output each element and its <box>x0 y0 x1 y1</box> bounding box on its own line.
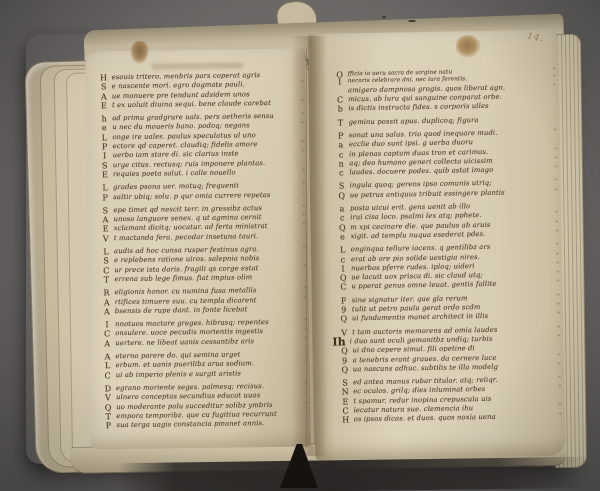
manuscript-line: Tgeminu possit apus. duplicoq; figura <box>336 115 542 128</box>
line-text: uertere. ne libeat uanis cessantibz aris <box>115 337 254 348</box>
erased-heading <box>151 62 243 69</box>
line-initial-capital: P <box>101 193 109 202</box>
margin-tick-mark: ” <box>551 82 557 92</box>
manuscript-line: Qui fundamentis manet architect in illis… <box>340 311 546 324</box>
manuscript-line: Psua terga uagis constancia pmanet annis… <box>104 419 294 431</box>
line-initial-capital: E <box>100 101 108 110</box>
line-initial-capital: V <box>104 393 112 402</box>
line-initial-capital: L <box>101 184 109 193</box>
margin-tick-mark: ” <box>555 292 561 302</box>
line-initial-capital: T <box>102 275 110 284</box>
line-text: saltir ubiq; solu. p qur omia currere re… <box>113 191 270 202</box>
line-initial-capital: S <box>102 257 110 266</box>
manuscript-line: Auertere. ne libeat uanis cessantibz ari… <box>103 336 293 348</box>
line-initial-capital: b <box>336 105 344 114</box>
line-initial-capital: e <box>338 232 346 241</box>
line-initial-capital: 9 <box>341 356 349 365</box>
margin-tick-mark: ” <box>299 98 305 108</box>
line-initial-capital: n <box>337 159 345 168</box>
manuscript-line: Absensis de rupe dant. in fonte licebat <box>103 305 293 317</box>
line-initial-capital: Q <box>104 403 112 412</box>
line-initial-capital: Q <box>338 223 346 232</box>
line-initial-capital: C <box>103 330 111 339</box>
line-text: os ipsos dicas. et duos. quos noxia uena <box>354 413 496 425</box>
margin-tick-mark: ” <box>300 121 306 131</box>
line-initial-capital: E <box>341 397 349 406</box>
line-initial-capital: h <box>100 114 108 123</box>
line-initial-capital: S <box>341 378 349 387</box>
line-initial-capital: S <box>100 83 108 92</box>
line-initial-capital: L <box>339 246 347 255</box>
right-page-text-column: Officia ia ueru sacra de uirgine natu”In… <box>336 68 548 425</box>
line-text: laudes. docuere podes. quib astat imago <box>349 166 493 178</box>
margin-tick-mark: ” <box>553 165 559 175</box>
margin-tick-mark: ” <box>552 146 558 156</box>
manuscript-line: claudes. docuere podes. quib astat imago… <box>337 165 543 178</box>
line-initial-capital: Q <box>339 273 347 282</box>
line-initial-capital: Q <box>338 191 346 200</box>
manuscript-photo: Hesouis tritero. menbris pars coperat ag… <box>0 0 600 491</box>
margin-tick-mark: ” <box>553 210 559 220</box>
manuscript-line: Terrena sub lege fimus. fiat impius olim <box>102 273 292 285</box>
line-initial-capital: e <box>100 124 108 133</box>
line-initial-capital: H <box>342 416 350 425</box>
line-initial-capital: C <box>336 95 344 104</box>
line-initial-capital: I <box>103 320 111 329</box>
line-initial-capital: C <box>339 283 347 292</box>
line-initial-capital: E <box>102 225 110 234</box>
line-initial-capital: S <box>101 206 109 215</box>
line-text: requies poeta salut. i calle nouello <box>113 168 236 179</box>
dirt-speck <box>382 16 386 18</box>
line-initial-capital: A <box>100 92 108 101</box>
line-initial-capital: L <box>100 133 108 142</box>
line-initial-capital: Q <box>340 347 348 356</box>
margin-tick-mark: ” <box>554 219 560 229</box>
line-initial-capital: P <box>337 131 345 140</box>
line-initial-capital: L <box>102 247 110 256</box>
line-initial-capital: P <box>101 142 109 151</box>
dirt-speck <box>408 20 416 22</box>
line-initial-capital: Ih <box>332 337 346 347</box>
manuscript-line: Erequies poeta salut. i calle nouello” <box>101 168 291 180</box>
line-initial-capital: Q <box>341 365 349 374</box>
line-initial-capital: a <box>338 204 346 213</box>
line-initial-capital: P <box>104 421 112 430</box>
line-text: t ex uoluit diuina sequi. bene claude ca… <box>112 99 271 111</box>
line-text: ua nascuns adhuc. subtilis te illa model… <box>353 363 498 375</box>
line-initial-capital: S <box>338 182 346 191</box>
margin-tick-mark: ” <box>555 311 561 321</box>
line-initial-capital: c <box>339 255 347 264</box>
line-initial-capital: A <box>103 352 111 361</box>
manuscript-line: Et ex uoluit diuina sequi. bene claude c… <box>100 99 290 111</box>
line-text: sua terga uagis constancia pmanet annis. <box>116 419 264 430</box>
line-initial-capital: T <box>104 412 112 421</box>
right-page: Officia ia ueru sacra de uirgine natu”In… <box>308 30 565 460</box>
line-initial-capital: N <box>341 388 349 397</box>
margin-tick-mark: ” <box>299 80 305 90</box>
manuscript-line: bis dictis instructa fides. s corporis u… <box>336 101 542 114</box>
line-initial-capital: C <box>342 406 350 415</box>
line-initial-capital: V <box>102 234 110 243</box>
line-initial-capital: c <box>337 150 345 159</box>
line-text: geminu possit apus. duplicoq; figura <box>348 116 478 128</box>
margin-tick-mark: ” <box>554 228 560 238</box>
line-initial-capital: a <box>337 141 345 150</box>
ink-stain-right-page <box>456 35 481 58</box>
margin-tick-mark: ” <box>556 352 562 362</box>
line-text: u pperat genus omne leuat. gentis fallit… <box>351 280 496 292</box>
line-initial-capital: E <box>101 170 109 179</box>
line-text: errena sub lege fimus. fiat impius olim <box>114 273 252 284</box>
line-text: is dictis instructa fides. s corporis ul… <box>348 102 489 114</box>
line-text: bsensis de rupe dant. in fonte licebat <box>115 305 248 316</box>
line-initial-capital: S <box>101 161 109 170</box>
line-text: ue petrus antiquus tribuit essingere pla… <box>350 188 505 200</box>
line-initial-capital: c <box>338 214 346 223</box>
line-initial-capital: A <box>103 307 111 316</box>
line-initial-capital: C <box>104 371 112 380</box>
margin-tick-mark: ” <box>557 384 563 394</box>
margin-tick-mark: ” <box>300 149 306 159</box>
line-initial-capital: I <box>339 264 347 273</box>
line-initial-capital: R <box>103 288 111 297</box>
manuscript-line: Hos ipsos dicas. et duos. quos noxia uen… <box>342 412 548 425</box>
margin-tick-mark: ” <box>556 361 562 371</box>
manuscript-line: Vt mactanda fera. pecodar insetuna tauri… <box>102 231 292 243</box>
line-initial-capital: L <box>104 362 112 371</box>
line-initial-capital: H <box>100 73 108 82</box>
line-text: ui fundamentis manet architect in illis <box>352 312 488 324</box>
manuscript-line: Psaltir ubiq; solu. p qur omia currere r… <box>101 190 291 202</box>
margin-tick-mark: ” <box>553 178 559 188</box>
margin-tick-mark: ” <box>557 412 563 422</box>
line-initial-capital: T <box>336 118 344 127</box>
gutter-crease-line <box>306 48 307 448</box>
line-initial-capital: Q <box>340 315 348 324</box>
margin-tick-mark: ” <box>555 279 561 289</box>
manuscript-line: Cui ab imperio plenis e surgit aristis <box>104 368 294 380</box>
manuscript-line: Cu pperat genus omne leuat. gentis falli… <box>339 279 545 292</box>
line-initial-capital: A <box>103 339 111 348</box>
line-initial-capital: A <box>102 215 110 224</box>
line-text: xigit. ad templu nuqua esederat pdes. <box>350 230 485 242</box>
margin-tick-mark: ” <box>555 324 561 334</box>
left-page-text-column: Hesouis tritero. menbris pars coperat ag… <box>100 71 295 431</box>
left-page: Hesouis tritero. menbris pars coperat ag… <box>85 48 311 449</box>
line-initial-capital: C <box>102 266 110 275</box>
line-initial-capital: 9 <box>340 305 348 314</box>
margin-tick-mark: ” <box>553 187 559 197</box>
margin-tick-mark: ” <box>554 242 560 252</box>
line-initial-capital: I <box>101 152 109 161</box>
margin-tick-mark: ” <box>556 333 562 343</box>
margin-tick-mark: ” <box>552 127 558 137</box>
line-text: t mactanda fera. pecodar insetuna tauri. <box>114 232 259 243</box>
line-initial-capital: F <box>340 296 348 305</box>
line-initial-capital: c <box>337 169 345 178</box>
line-initial-capital: D <box>104 384 112 393</box>
line-initial-capital: A <box>103 298 111 307</box>
binding-bottom-shadow <box>118 457 592 491</box>
line-text: ui ab imperio plenis e surgit aristis <box>116 369 241 380</box>
margin-tick-mark: ” <box>554 251 560 261</box>
